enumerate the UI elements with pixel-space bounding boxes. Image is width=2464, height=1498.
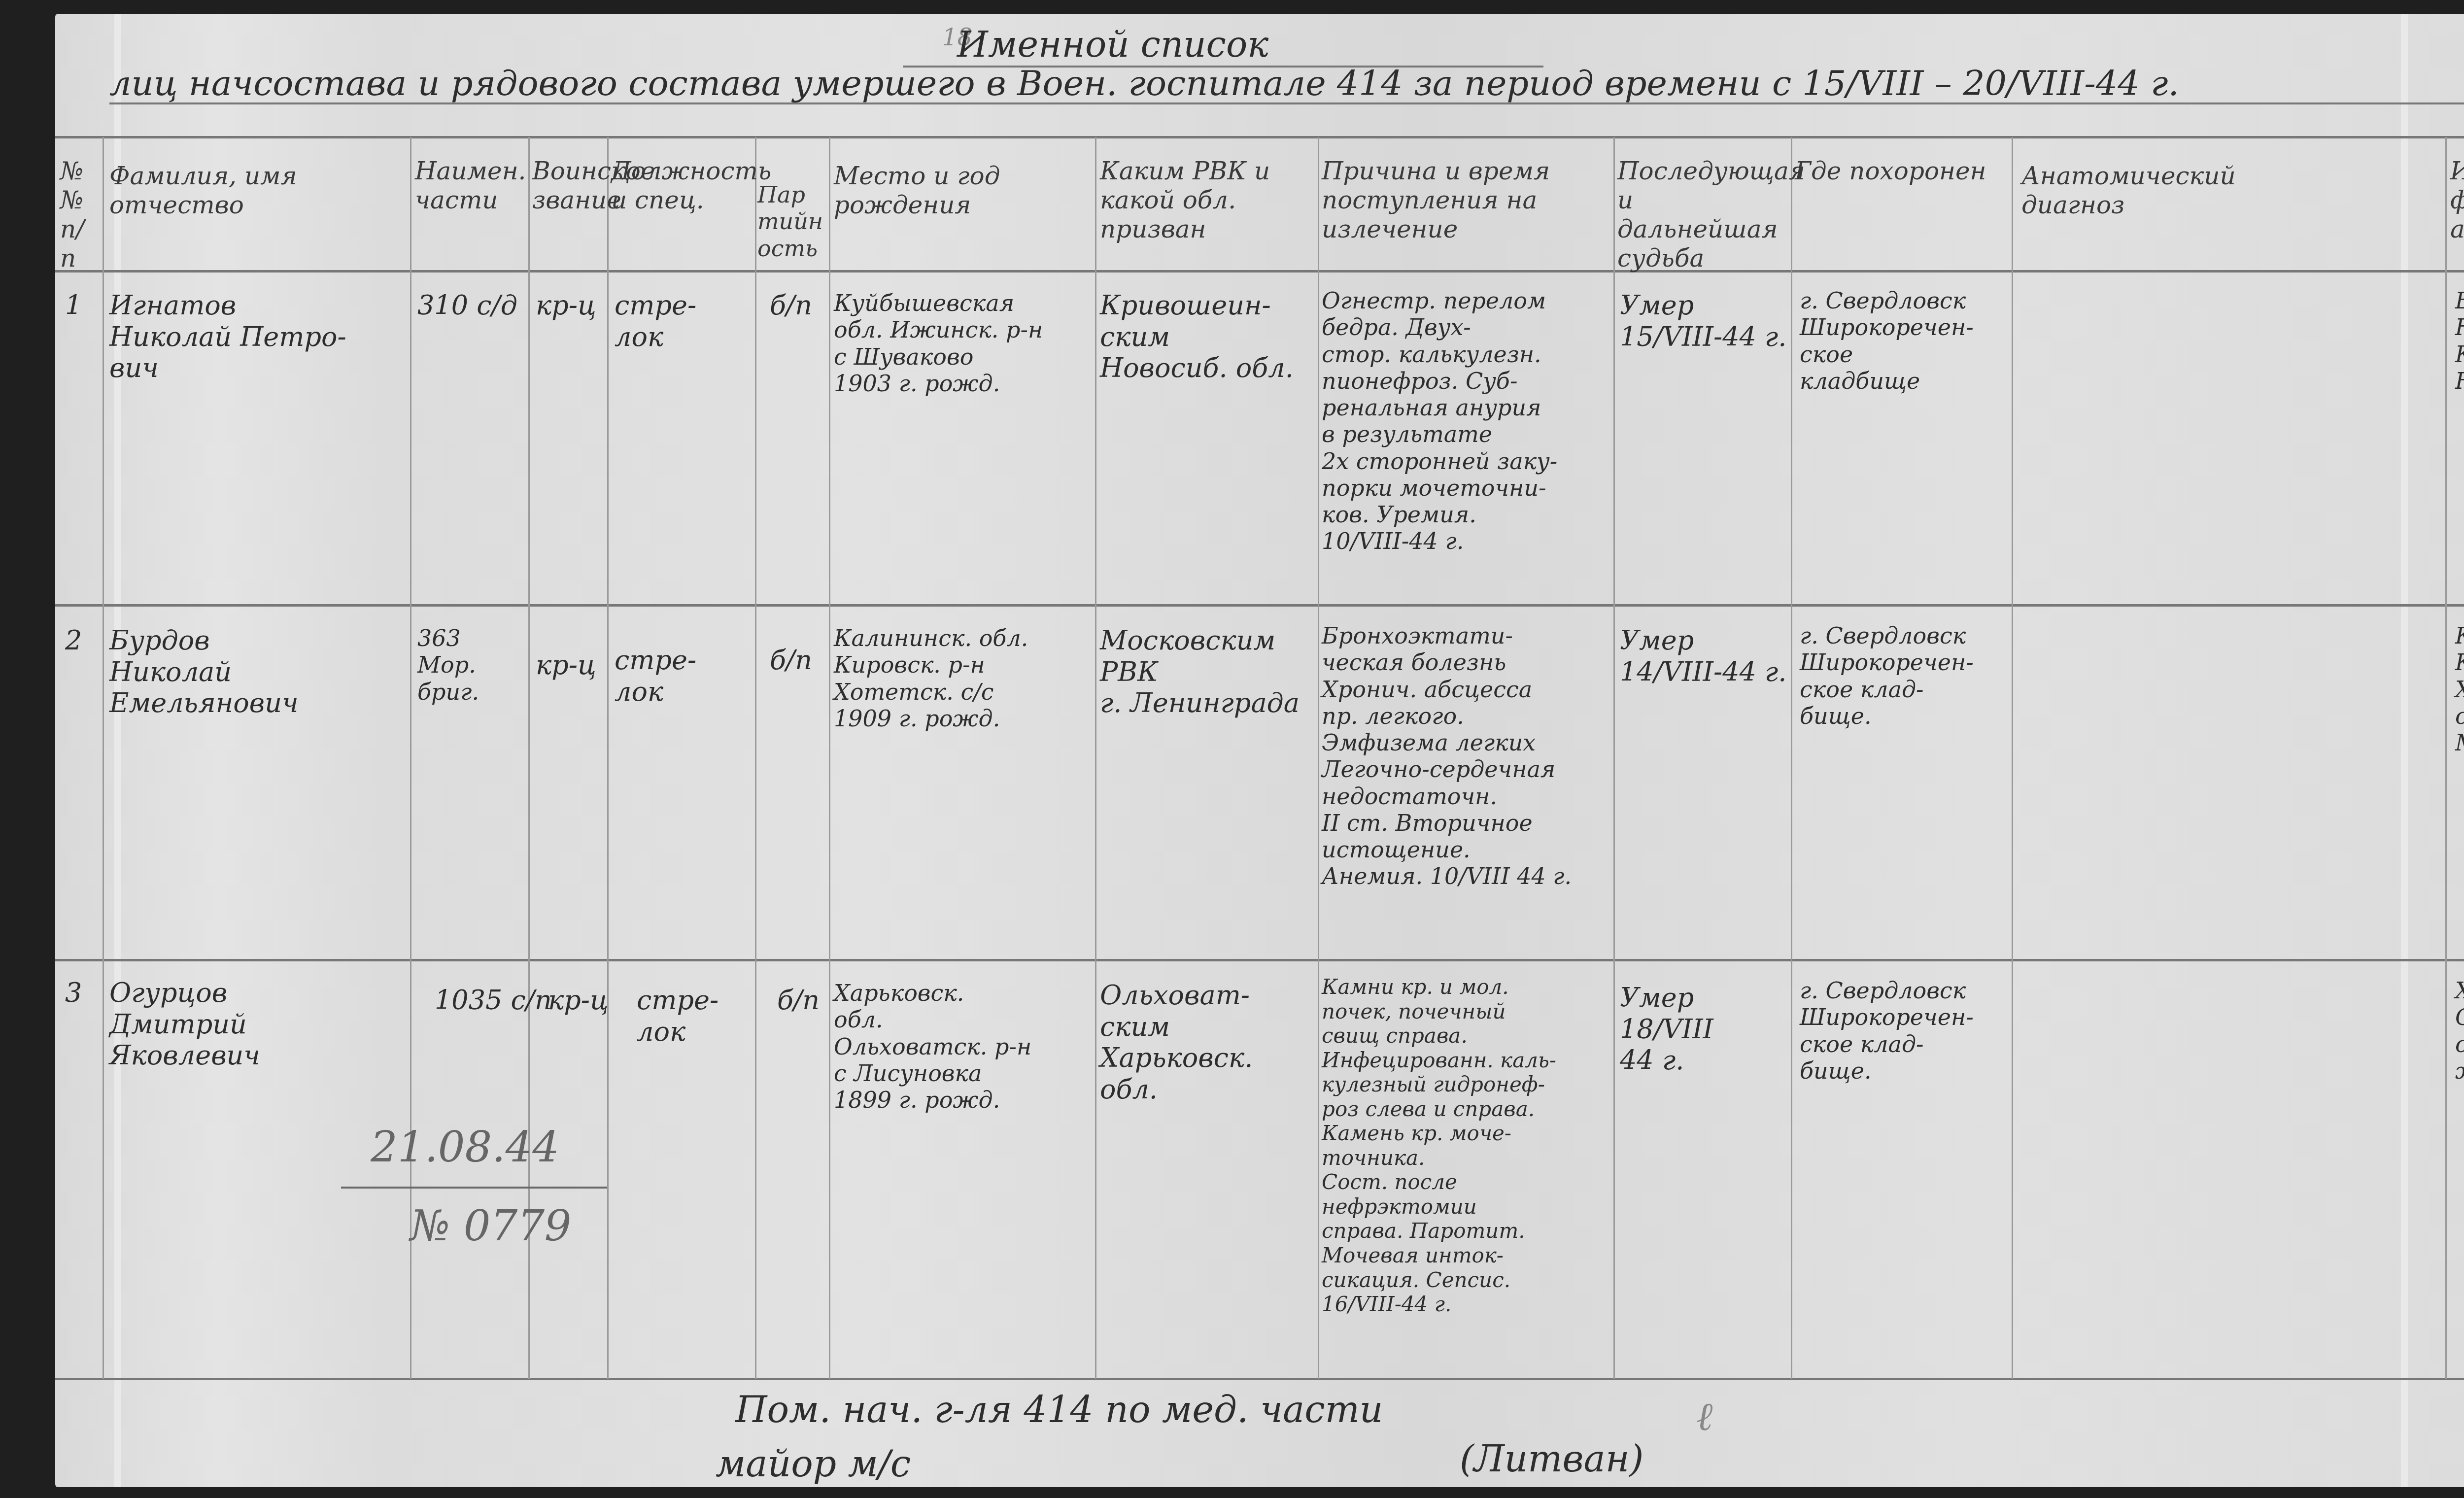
col-header-fate: Последующая и дальнейшая судьба	[1617, 157, 1790, 273]
table-top-border	[55, 136, 2464, 138]
column-divider	[103, 137, 104, 1379]
document-sheet: 18 Именной список лиц начсостава и рядов…	[55, 14, 2464, 1487]
header-bottom-border	[55, 270, 2464, 272]
document-title: Именной список	[957, 24, 1268, 66]
person-name: Огурцов Дмитрий Яковлевич	[109, 977, 405, 1071]
column-divider	[829, 137, 830, 1379]
col-header-rvk: Каким РВК и какой обл. призван	[1100, 157, 1317, 244]
relatives: Е. Ф. Черневич Н. Сиб. обл. Кривошеински…	[2455, 287, 2464, 394]
col-header-name: Фамилия, имя отчество	[109, 162, 405, 220]
birth-place: Харьковск. обл. Ольховатск. р-н с Лисуно…	[834, 980, 1093, 1113]
fate: Умер 18/VIII 44 г.	[1620, 982, 1790, 1076]
position: стре- лок	[615, 290, 696, 352]
column-divider	[1095, 137, 1096, 1379]
rvk: Ольховат- ским Харьковск. обл.	[1100, 980, 1317, 1105]
col-header-position: Должность и спец.	[611, 157, 754, 215]
column-divider	[1791, 137, 1792, 1379]
col-header-unit: Наимен. части	[415, 157, 526, 215]
party: б/п	[770, 645, 812, 676]
rank: кр-ц	[548, 985, 609, 1016]
column-divider	[2445, 137, 2447, 1379]
cause-of-admission: Огнестр. перелом бедра. Двух- стор. каль…	[1322, 287, 1612, 555]
rvk: Кривошеин- ским Новосиб. обл.	[1100, 290, 1317, 384]
person-name: Бурдов Николай Емельянович	[109, 625, 405, 719]
col-header-diagnosis: Анатомический диагноз	[2021, 162, 2268, 220]
archive-date: 21.08.44	[371, 1123, 559, 1172]
col-header-relatives: Имя, отчество, фамилия родных и адрес	[2450, 157, 2464, 244]
col-header-buried: Где похоронен	[1795, 157, 2007, 186]
col-header-rank: Воинское звание	[532, 157, 606, 215]
col-header-party: Партийность	[757, 181, 826, 262]
relatives: Калининская обл. Кировский р-н Хотетск. …	[2455, 622, 2464, 756]
position: стре- лок	[637, 985, 719, 1047]
signatory-rank: майор м/с	[716, 1443, 911, 1486]
rvk: Московским РВК г. Ленинграда	[1100, 625, 1317, 719]
birth-place: Калининск. обл. Кировск. р-н Хотетск. с/…	[834, 625, 1093, 732]
row-divider	[55, 604, 2464, 607]
column-divider	[755, 137, 756, 1379]
person-name: Игнатов Николай Петро- вич	[109, 290, 405, 384]
burial-place: г. Свердловск Широкоречен- ское клад- би…	[1800, 977, 2009, 1084]
table-bottom-border	[55, 1378, 2464, 1380]
unit: 310 с/д	[417, 290, 517, 321]
fate: Умер 15/VIII-44 г.	[1620, 290, 1790, 352]
relatives: Харьковская обл. Ольховатский р-н с Лису…	[2455, 977, 2464, 1084]
cause-of-admission: Бронхоэктати- ческая болезнь Хронич. абс…	[1322, 622, 1612, 890]
subtitle-underline	[109, 102, 2464, 104]
position: стре- лок	[615, 645, 696, 707]
rank: кр-ц	[536, 290, 596, 321]
document-subtitle: лиц начсостава и рядового состава умерше…	[109, 63, 2179, 104]
signature-scribble: ℓ	[1696, 1394, 1712, 1440]
unit: 363 Мор. бриг.	[417, 625, 479, 705]
party: б/п	[770, 290, 812, 321]
column-divider	[1318, 137, 1319, 1379]
row-number: 3	[65, 977, 82, 1009]
paper-fold	[114, 14, 121, 1487]
unit: 1035 с/п	[435, 985, 552, 1016]
column-divider	[410, 137, 411, 1379]
birth-place: Куйбышевская обл. Ижинск. р-н с Шуваково…	[834, 290, 1093, 397]
fate: Умер 14/VIII-44 г.	[1620, 625, 1790, 687]
party: б/п	[777, 985, 820, 1016]
burial-place: г. Свердловск Широкоречен- ское кладбище	[1800, 287, 2009, 394]
column-divider	[528, 137, 530, 1379]
col-header-cause: Причина и время поступления на излечение	[1322, 157, 1612, 244]
col-header-number: №№ п/п	[60, 157, 100, 273]
signatory-title: Пом. нач. г-ля 414 по мед. части	[735, 1389, 1383, 1431]
col-header-birth: Место и год рождения	[834, 162, 1090, 220]
column-divider	[2012, 137, 2013, 1379]
row-divider	[55, 959, 2464, 961]
signatory-name: (Литван)	[1460, 1438, 1643, 1481]
paper-fold	[2401, 14, 2408, 1487]
column-divider	[607, 137, 609, 1379]
archive-number: № 0779	[410, 1201, 572, 1251]
stamp-divider	[341, 1187, 607, 1189]
row-number: 2	[65, 625, 82, 656]
rank: кр-ц	[536, 649, 596, 681]
burial-place: г. Свердловск Широкоречен- ское клад- би…	[1800, 622, 2009, 729]
cause-of-admission: Камни кр. и мол. почек, почечный свищ сп…	[1322, 975, 1612, 1317]
row-number: 1	[65, 290, 82, 321]
column-divider	[1613, 137, 1615, 1379]
